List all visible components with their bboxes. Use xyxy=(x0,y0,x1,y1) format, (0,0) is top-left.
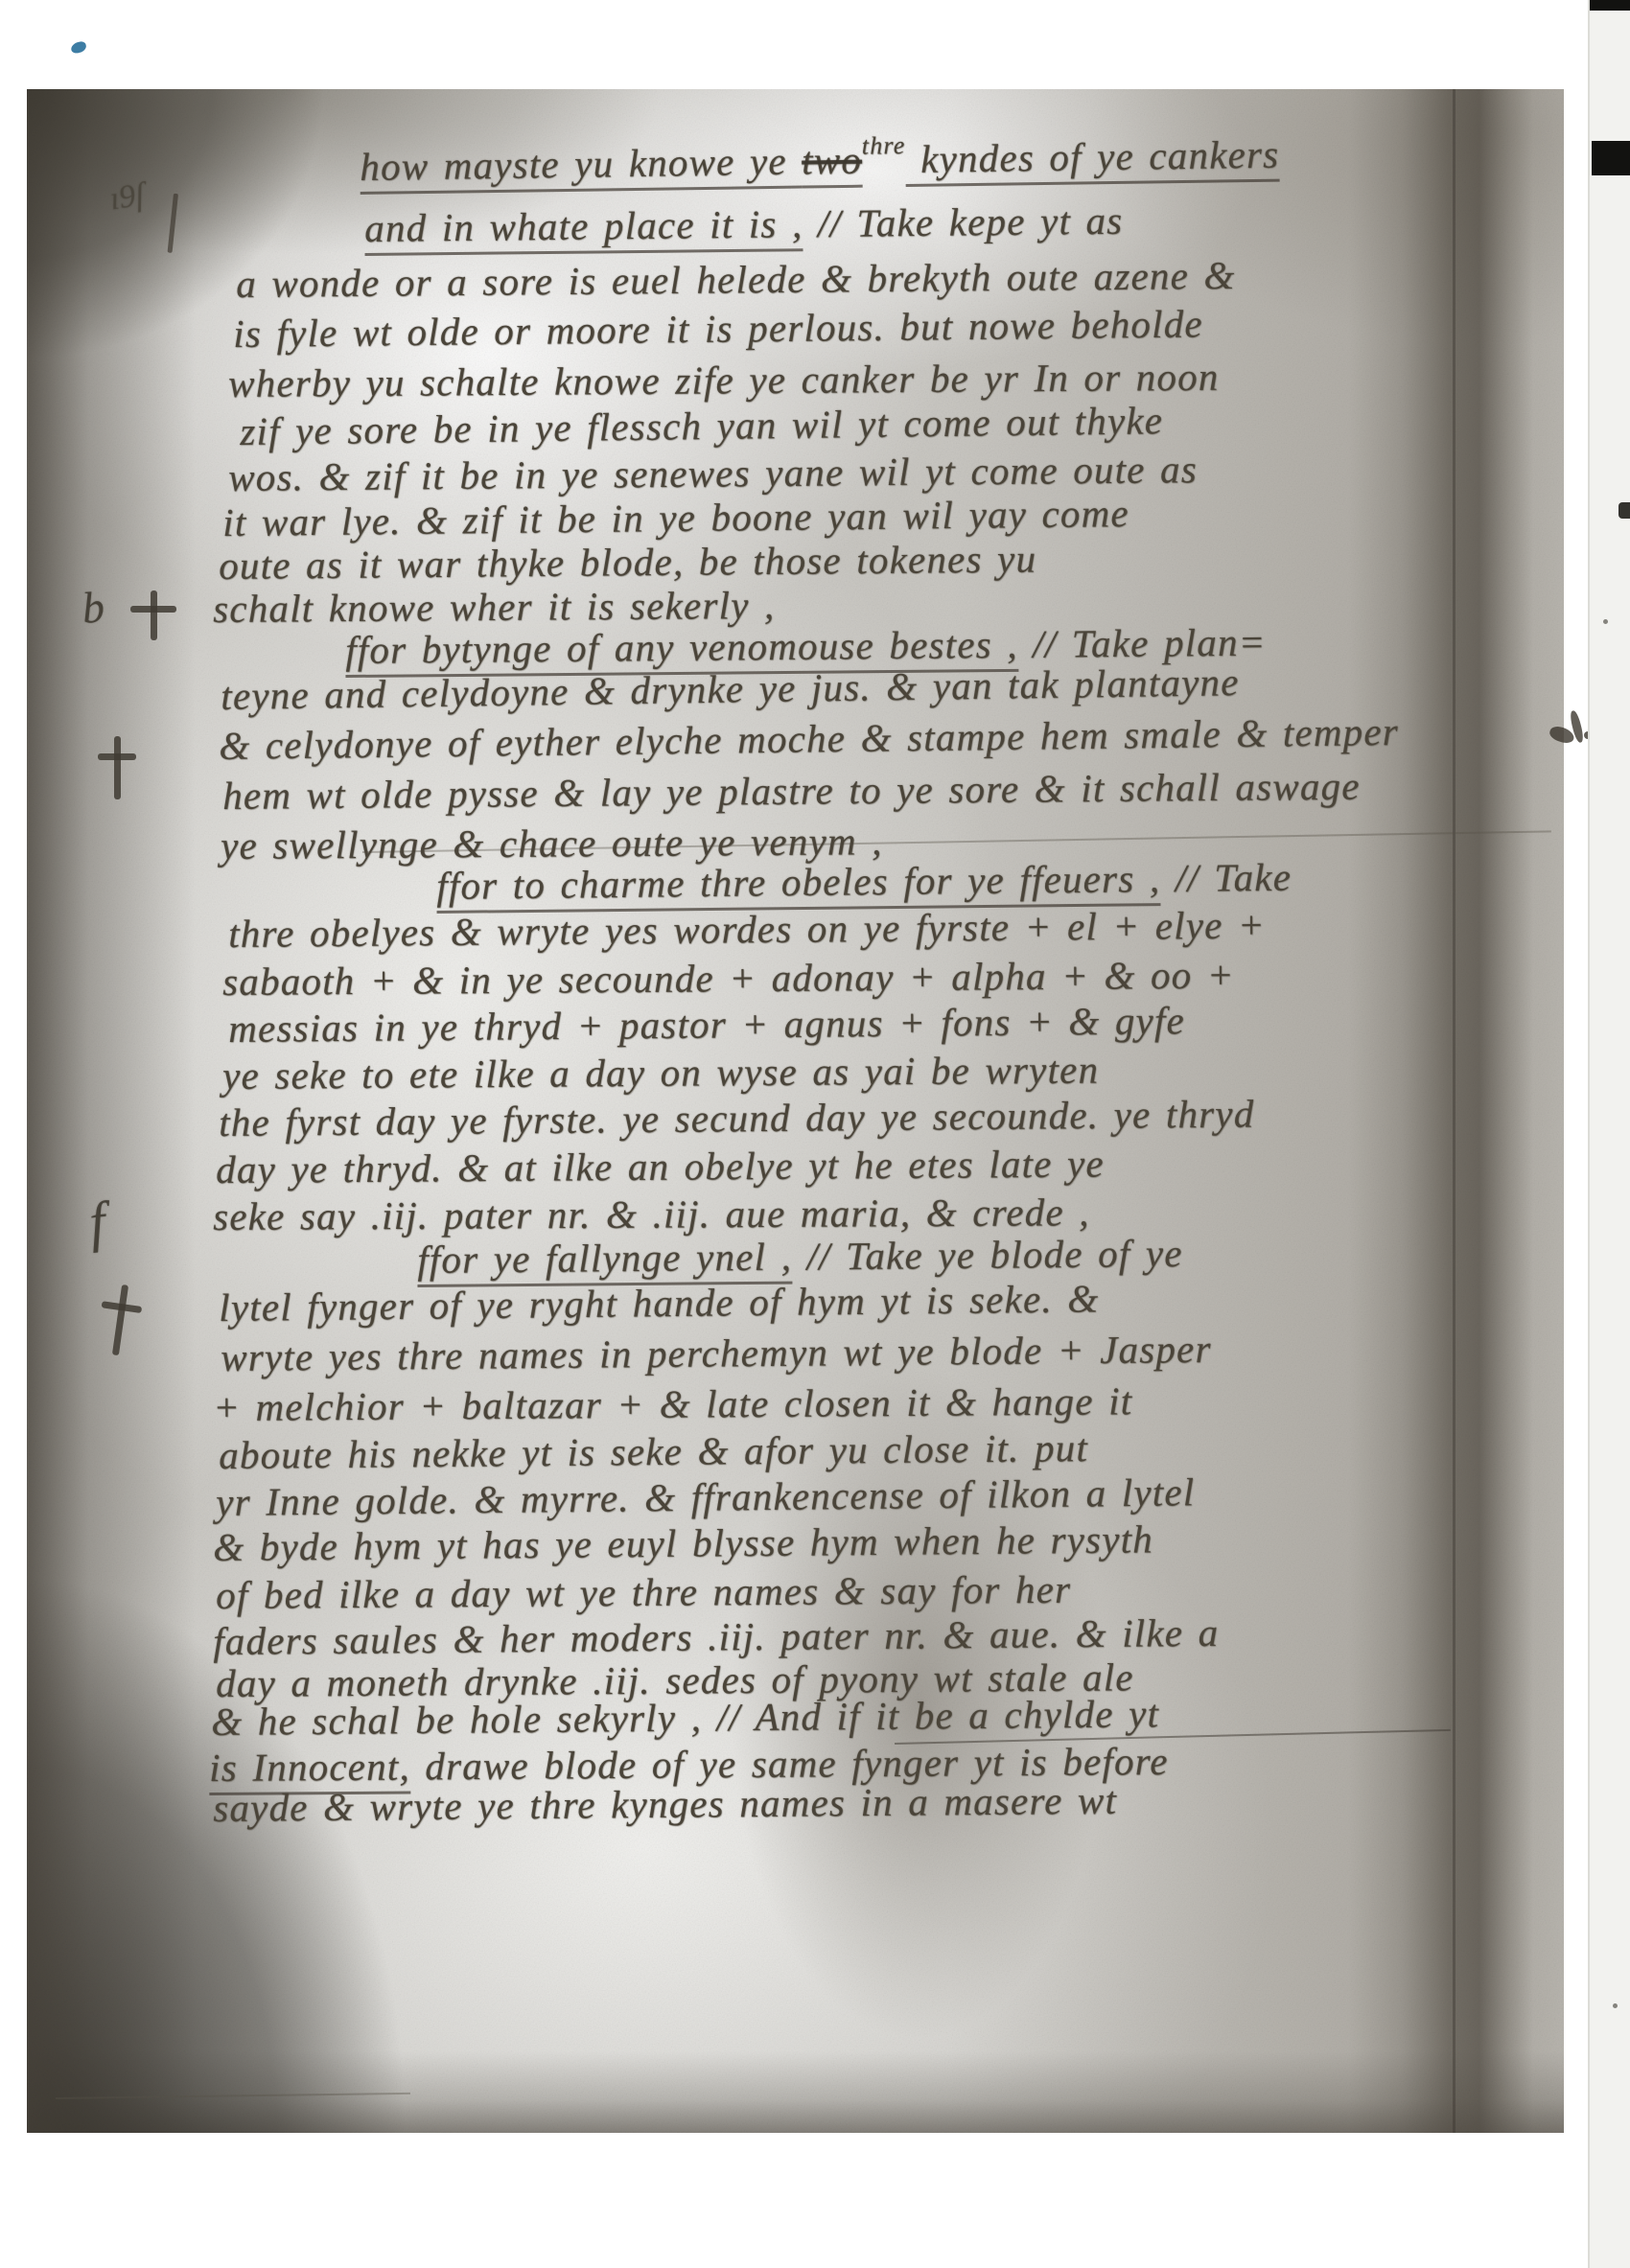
cross-icon xyxy=(98,736,136,799)
cross-icon xyxy=(95,1282,145,1357)
scanner-black-bar-mid xyxy=(1592,141,1630,175)
cross-icon xyxy=(130,590,176,640)
right-edge-notch xyxy=(1618,502,1630,519)
edge-dot xyxy=(1613,2003,1618,2008)
margin-mark-letter: f xyxy=(86,1189,108,1254)
scanner-black-bar-top xyxy=(1590,0,1630,11)
margin-marks-layer: ı9ſbf xyxy=(0,0,1630,2268)
margin-mark-letter: ı9ſ xyxy=(107,176,147,218)
scanned-manuscript-screenshot: { "colors": { "background": "#ffffff", "… xyxy=(0,0,1630,2268)
second-sheet-edge-strip xyxy=(1588,0,1630,2268)
margin-mark-letter: b xyxy=(81,581,106,633)
margin-stroke xyxy=(168,194,178,253)
edge-dot xyxy=(1603,619,1608,624)
